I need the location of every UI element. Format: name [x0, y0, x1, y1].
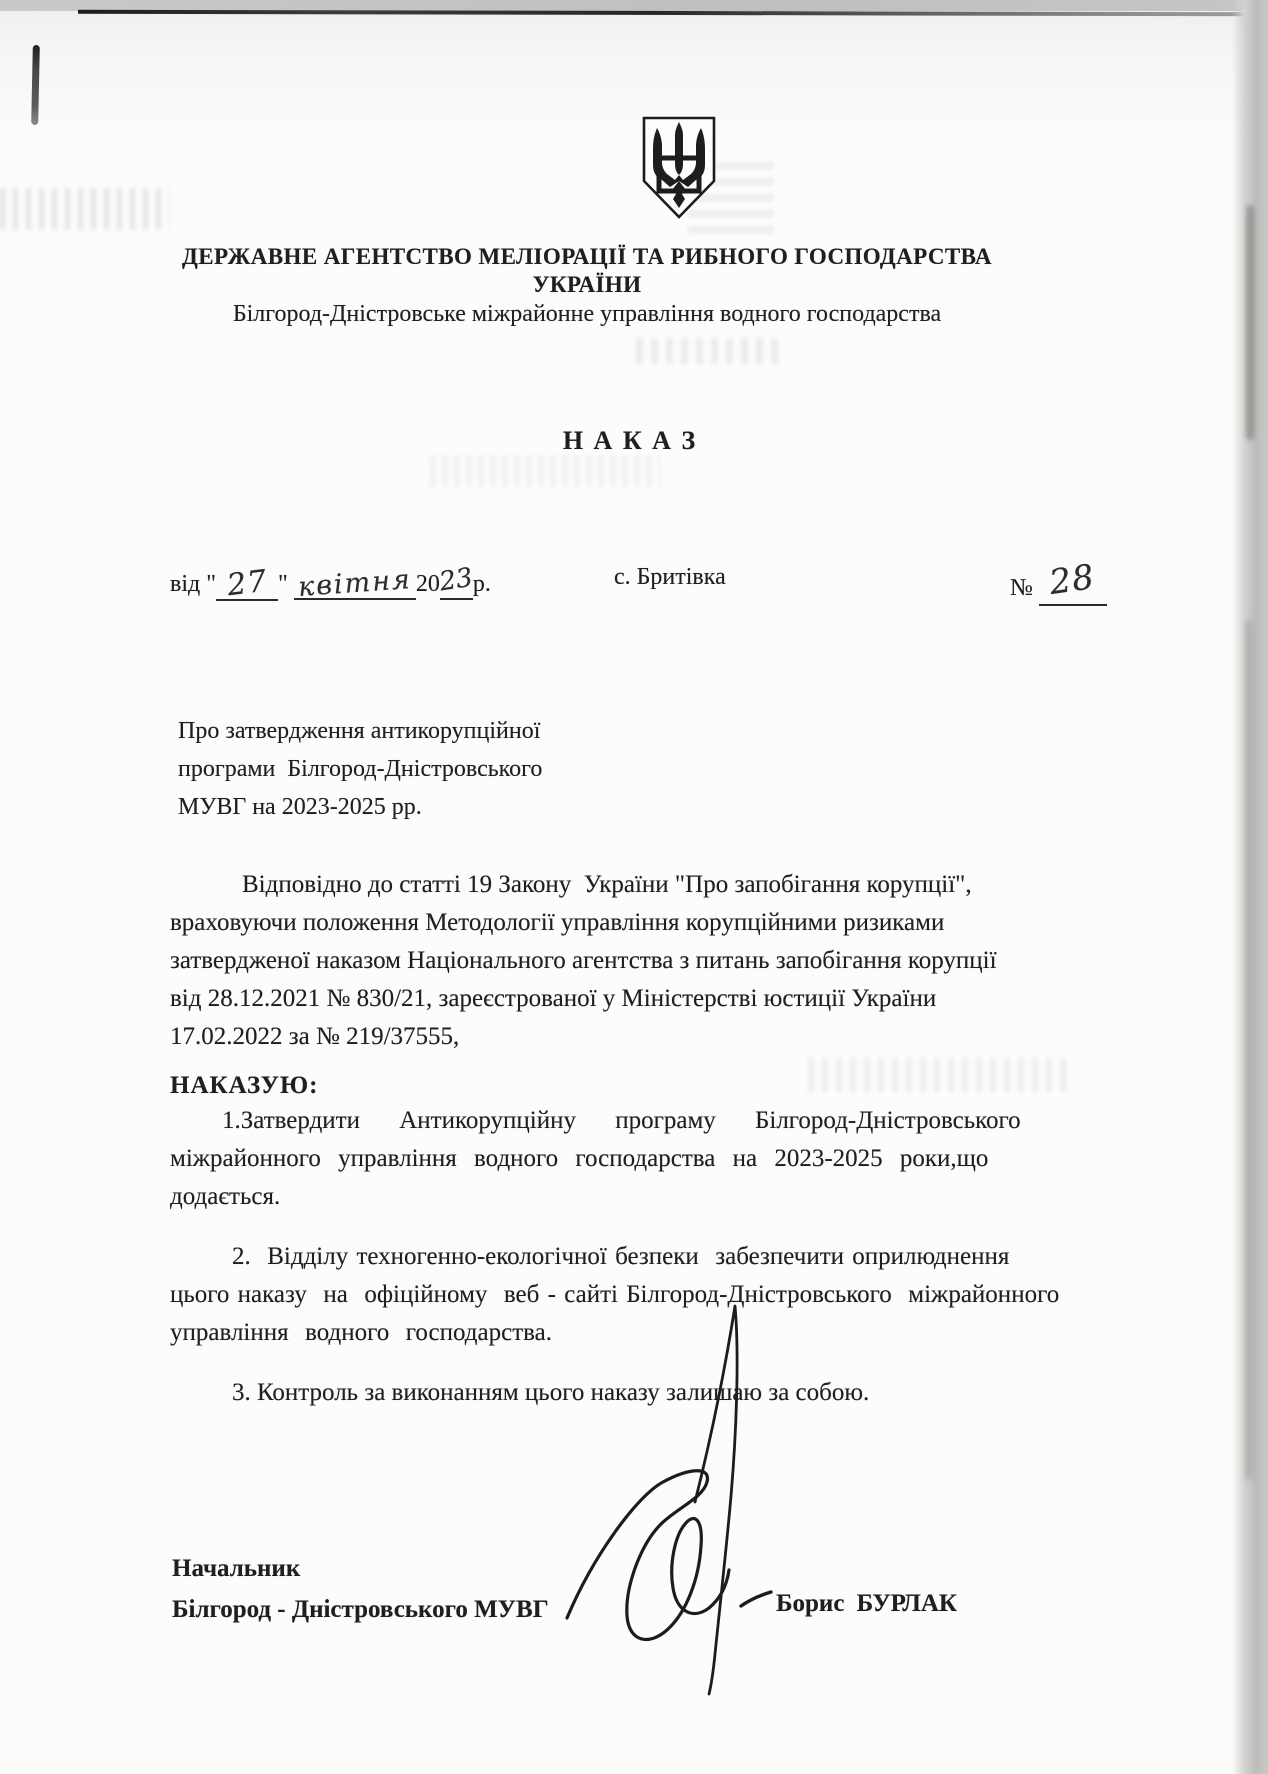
scan-left-mark-artifact — [31, 45, 40, 125]
signatory-position-line1: Начальник — [172, 1548, 549, 1589]
department-name: Білгород-Дністровське міжрайонне управлі… — [64, 299, 1110, 330]
signatory-position-line2: Білгород - Дністровського МУВГ — [172, 1589, 549, 1630]
handwritten-day: 27 — [216, 564, 278, 601]
preamble-line: 17.02.2022 за № 219/37555, — [170, 1018, 1110, 1056]
signatory-position: Начальник Білгород - Дністровського МУВГ — [172, 1548, 549, 1630]
number-label: № — [1010, 575, 1033, 601]
subject-paragraph: Про затвердження антикорупційної програм… — [178, 712, 542, 826]
agency-name-line1: ДЕРЖАВНЕ АГЕНТСТВО МЕЛІОРАЦІЇ ТА РИБНОГО… — [64, 242, 1110, 271]
letterhead: ДЕРЖАВНЕ АГЕНТСТВО МЕЛІОРАЦІЇ ТА РИБНОГО… — [64, 242, 1110, 330]
subject-line: МУВГ на 2023-2025 рр. — [178, 788, 542, 826]
bleed-through-artifact — [636, 338, 786, 364]
number-field: № 28 — [1010, 564, 1107, 606]
bleed-through-artifact — [0, 188, 170, 230]
order-title: Н А К А З — [0, 426, 1260, 456]
handwritten-month: квітня — [294, 567, 416, 600]
handwritten-number: 28 — [1039, 564, 1107, 606]
order-item-line: міжрайонного управління водного господар… — [170, 1140, 1115, 1178]
place-field: с. Бритівка — [614, 564, 726, 591]
subject-line: Про затвердження антикорупційної — [178, 712, 542, 750]
order-item-1: 1.Затвердити Антикорупційну програму Біл… — [170, 1102, 1115, 1216]
preamble-line: враховуючи положення Методології управлі… — [170, 904, 1110, 942]
scan-streak-artifact — [1246, 205, 1255, 440]
preamble-line: Відповідно до статті 19 Закону України "… — [170, 866, 1110, 904]
order-item-line: додається. — [170, 1178, 1115, 1216]
order-item-line: 2. Відділу техногенно-екологічної безпек… — [170, 1238, 1120, 1276]
preamble-line: затвердженої наказом Національного агент… — [170, 942, 1110, 980]
handwritten-signature — [545, 1286, 777, 1700]
signatory-name: Борис БУРЛАК — [776, 1590, 957, 1618]
date-century: 20 — [416, 571, 440, 597]
agency-name-line2: УКРАЇНИ — [64, 271, 1110, 299]
date-close-quote: " — [278, 571, 288, 597]
order-item-line: 1.Затвердити Антикорупційну програму Біл… — [170, 1102, 1115, 1140]
subject-line: програми Білгород-Дністровського — [178, 750, 542, 788]
date-row: від "27" квітня2023р. с. Бритівка № 28 — [0, 552, 1268, 602]
ukraine-trident-emblem-icon — [640, 114, 718, 222]
preamble-line: від 28.12.2021 № 830/21, зареєстрованої … — [170, 980, 1110, 1018]
handwritten-year: 23 — [440, 568, 473, 600]
date-year-suffix: р. — [473, 571, 491, 597]
scan-streak-artifact — [1246, 620, 1253, 1480]
date-field: від "27" квітня2023р. — [170, 564, 491, 601]
date-prefix: від " — [170, 571, 216, 597]
preamble-paragraph: Відповідно до статті 19 Закону України "… — [170, 866, 1110, 1056]
order-heading: НАКАЗУЮ: — [170, 1072, 318, 1100]
bleed-through-artifact — [430, 455, 660, 487]
bleed-through-artifact — [808, 1058, 1068, 1092]
scanned-order-document: ДЕРЖАВНЕ АГЕНТСТВО МЕЛІОРАЦІЇ ТА РИБНОГО… — [0, 0, 1268, 1774]
